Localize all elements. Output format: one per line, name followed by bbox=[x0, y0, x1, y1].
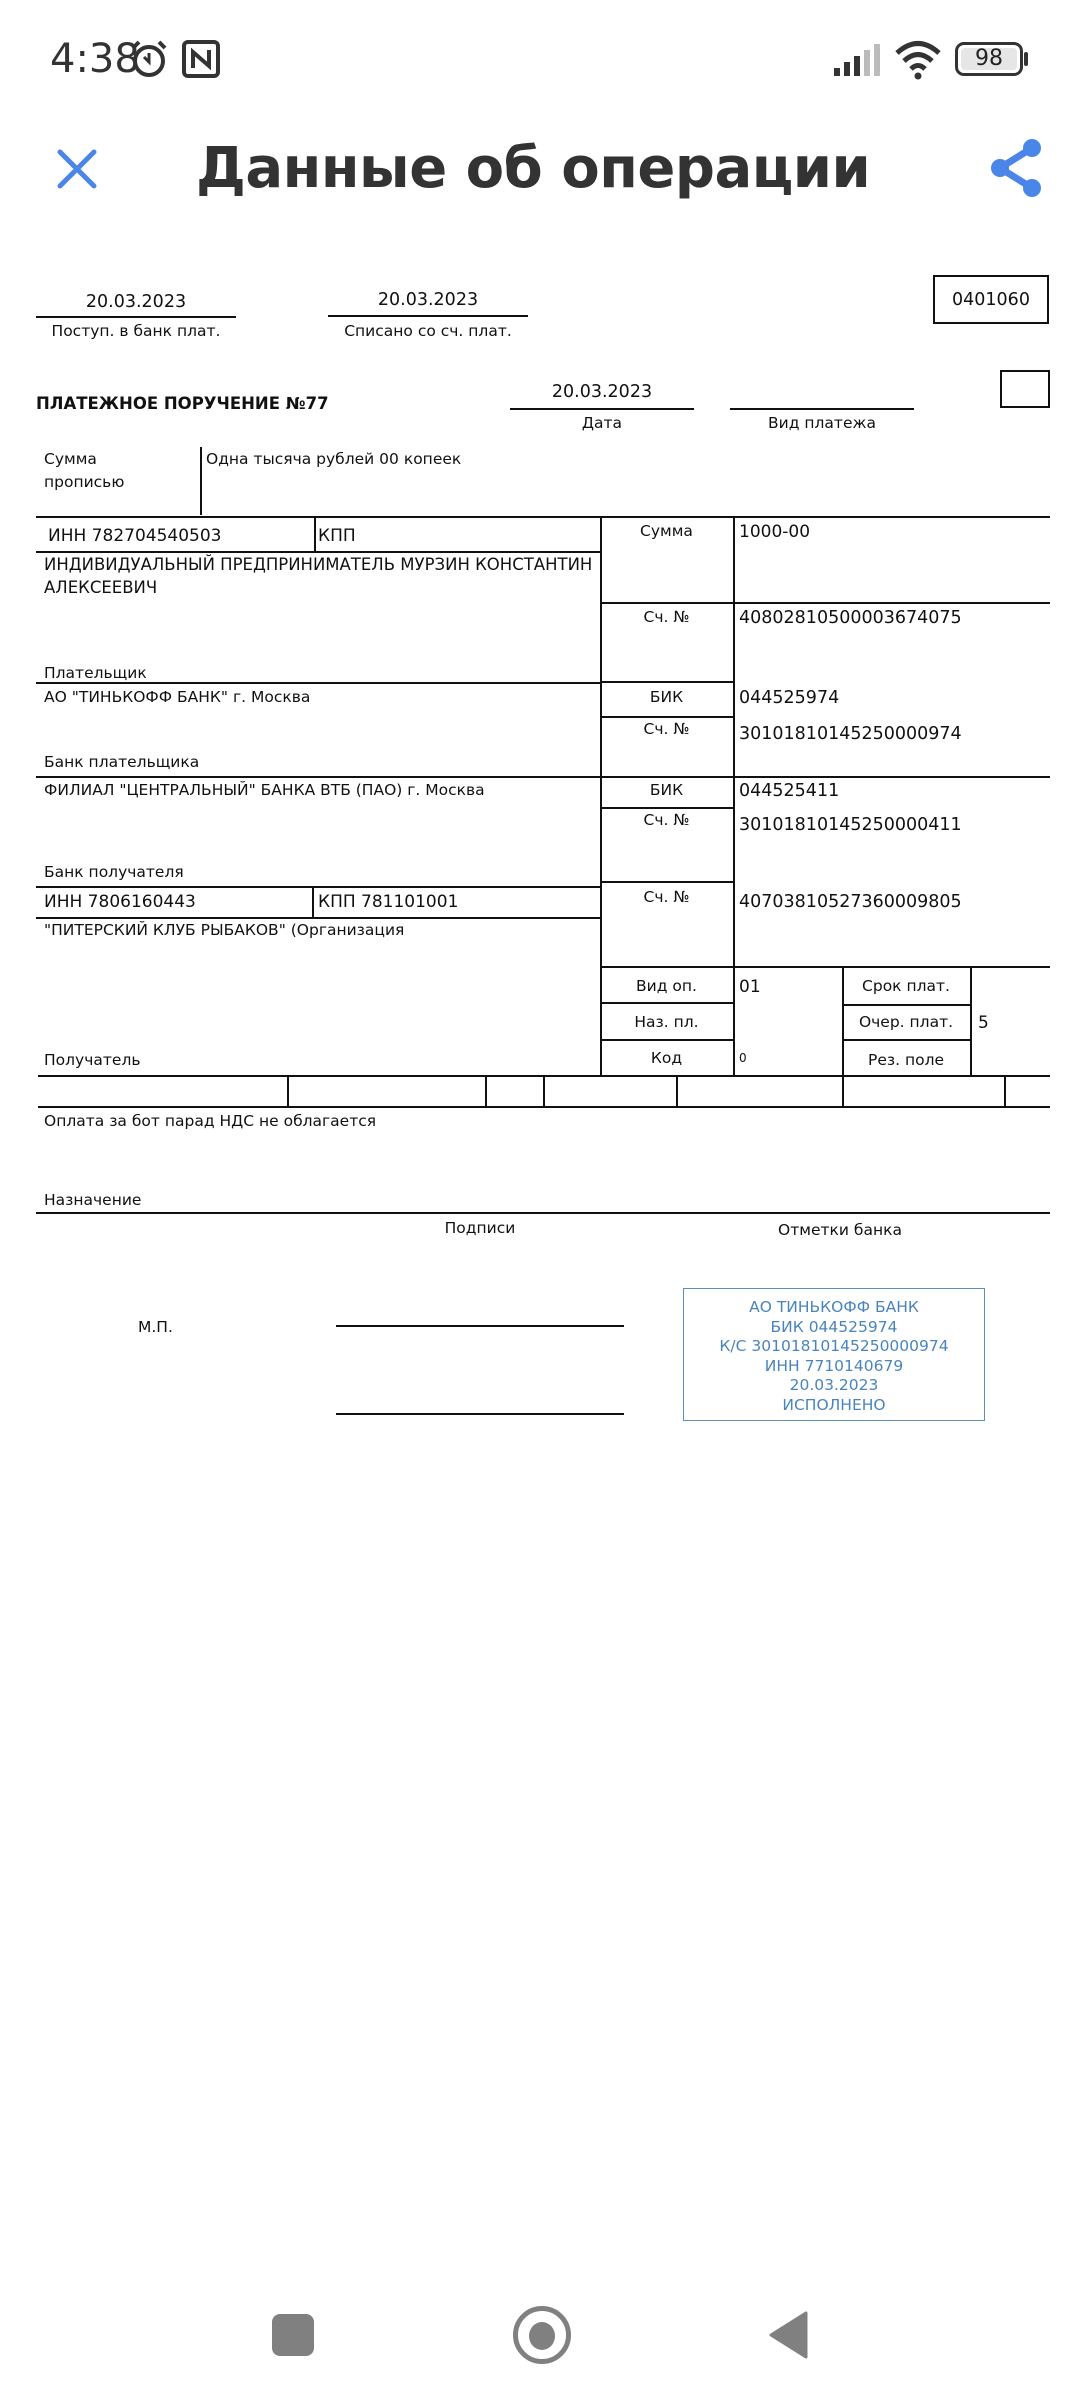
grid-line bbox=[36, 682, 600, 684]
recipient-bik-label: БИК bbox=[600, 781, 733, 799]
battery-icon: 98 bbox=[955, 42, 1023, 76]
grid-line bbox=[600, 881, 733, 883]
close-icon[interactable] bbox=[56, 148, 98, 190]
document-date: 20.03.2023 bbox=[510, 382, 694, 402]
recipient-bank-name: ФИЛИАЛ "ЦЕНТРАЛЬНЫЙ" БАНКА ВТБ (ПАО) г. … bbox=[44, 781, 485, 799]
grid-line bbox=[676, 1075, 678, 1107]
recipient-bank-label: Банк получателя bbox=[44, 863, 184, 881]
stamp-line: ИНН 7710140679 bbox=[684, 1357, 984, 1377]
back-button[interactable] bbox=[768, 2310, 810, 2360]
grid-line bbox=[287, 1075, 289, 1107]
debited-label: Списано со сч. плат. bbox=[328, 322, 528, 340]
priority-value: 5 bbox=[978, 1013, 989, 1033]
amount-words-label: Сумма bbox=[44, 450, 97, 468]
grid-line bbox=[600, 966, 1050, 968]
bank-marks-label: Отметки банка bbox=[740, 1221, 940, 1239]
share-icon[interactable] bbox=[988, 138, 1044, 198]
recipient-account-label: Сч. № bbox=[600, 888, 733, 906]
payer-kpp: КПП bbox=[318, 526, 356, 546]
stamp-line: АО ТИНЬКОФФ БАНК bbox=[684, 1298, 984, 1318]
grid-line bbox=[314, 516, 316, 552]
code-value: 0 bbox=[739, 1051, 747, 1065]
battery-tip bbox=[1024, 52, 1028, 66]
recipient-label: Получатель bbox=[44, 1051, 140, 1069]
payer-bik: 044525974 bbox=[739, 688, 839, 708]
purpose-text: Оплата за бот парад НДС не облагается bbox=[44, 1112, 376, 1130]
grid-line bbox=[600, 716, 733, 718]
divider bbox=[36, 316, 236, 318]
document-title: ПЛАТЕЖНОЕ ПОРУЧЕНИЕ №77 bbox=[36, 394, 329, 413]
grid-line bbox=[842, 1004, 970, 1006]
amount-words-label-2: прописью bbox=[44, 473, 124, 491]
op-type: 01 bbox=[739, 977, 761, 997]
received-label: Поступ. в банк плат. bbox=[36, 322, 236, 340]
stamp-line: 20.03.2023 bbox=[684, 1376, 984, 1396]
recipient-kpp: КПП 781101001 bbox=[318, 892, 458, 912]
signatures-label: Подписи bbox=[380, 1219, 580, 1237]
grid-line bbox=[600, 602, 1050, 604]
grid-line bbox=[733, 516, 735, 1076]
payer-label: Плательщик bbox=[44, 664, 147, 682]
signature-line bbox=[336, 1413, 624, 1415]
form-code-box: 0401060 bbox=[933, 275, 1049, 324]
alarm-icon bbox=[128, 38, 170, 80]
grid-line bbox=[842, 1039, 970, 1041]
purpose-code-label: Наз. пл. bbox=[600, 1013, 733, 1031]
signature-line bbox=[336, 1325, 624, 1327]
stamp-line: ИСПОЛНЕНО bbox=[684, 1396, 984, 1416]
divider bbox=[730, 408, 914, 410]
payer-inn: ИНН 782704540503 bbox=[48, 526, 221, 546]
grid-line bbox=[36, 886, 600, 888]
grid-line bbox=[600, 681, 733, 683]
bank-stamp: АО ТИНЬКОФФ БАНК БИК 044525974 К/С 30101… bbox=[683, 1288, 985, 1421]
reserved-label: Рез. поле bbox=[842, 1051, 970, 1069]
code-label: Код bbox=[600, 1049, 733, 1067]
payment-type-label: Вид платежа bbox=[730, 414, 914, 432]
stamp-line: К/С 30101810145250000974 bbox=[684, 1337, 984, 1357]
grid-line bbox=[36, 516, 1050, 518]
status-time: 4:38 bbox=[50, 36, 140, 82]
payer-name-2: АЛЕКСЕЕВИЧ bbox=[44, 578, 157, 597]
date-label: Дата bbox=[510, 414, 694, 432]
payer-account-label: Сч. № bbox=[600, 608, 733, 626]
grid-line bbox=[36, 551, 600, 553]
payer-name: ИНДИВИДУАЛЬНЫЙ ПРЕДПРИНИМАТЕЛЬ МУРЗИН КО… bbox=[44, 555, 592, 574]
purpose-label: Назначение bbox=[44, 1191, 141, 1209]
form-code: 0401060 bbox=[935, 290, 1047, 310]
payer-bik-label: БИК bbox=[600, 688, 733, 706]
recipient-bank-account-label: Сч. № bbox=[600, 811, 733, 829]
grid-line bbox=[600, 807, 733, 809]
payer-bank-account-label: Сч. № bbox=[600, 720, 733, 738]
due-label: Срок плат. bbox=[842, 977, 970, 995]
amount-value: 1000-00 bbox=[739, 522, 810, 542]
recipient-bik: 044525411 bbox=[739, 781, 839, 801]
signal-icon bbox=[834, 44, 884, 76]
payer-bank-name: АО "ТИНЬКОФФ БАНК" г. Москва bbox=[44, 688, 310, 706]
wifi-icon bbox=[894, 40, 942, 80]
op-type-label: Вид оп. bbox=[600, 977, 733, 995]
grid-line bbox=[1004, 1075, 1006, 1107]
priority-label: Очер. плат. bbox=[842, 1013, 970, 1031]
recipient-bank-account: 30101810145250000411 bbox=[739, 815, 962, 835]
debited-date: 20.03.2023 bbox=[328, 290, 528, 310]
divider bbox=[510, 408, 694, 410]
received-date: 20.03.2023 bbox=[36, 292, 236, 312]
payer-bank-label: Банк плательщика bbox=[44, 753, 199, 771]
recents-button[interactable] bbox=[272, 2314, 314, 2356]
grid-line bbox=[600, 1002, 733, 1004]
payer-account: 40802810500003674075 bbox=[739, 608, 962, 628]
grid-line bbox=[312, 886, 314, 918]
recipient-account: 40703810527360009805 bbox=[739, 892, 962, 912]
grid-line bbox=[36, 1212, 1050, 1214]
grid-line bbox=[600, 1039, 733, 1041]
grid-line bbox=[485, 1075, 487, 1107]
page-title: Данные об операции bbox=[196, 136, 870, 201]
divider bbox=[328, 315, 528, 317]
grid-line bbox=[543, 1075, 545, 1107]
recipient-inn: ИНН 7806160443 bbox=[44, 892, 196, 912]
grid-line bbox=[36, 917, 600, 919]
battery-level: 98 bbox=[958, 46, 1020, 71]
amount-words: Одна тысяча рублей 00 копеек bbox=[206, 450, 461, 468]
grid-line bbox=[842, 1075, 844, 1107]
home-dot-icon bbox=[529, 2322, 555, 2350]
payer-bank-account: 30101810145250000974 bbox=[739, 724, 962, 744]
nfc-icon bbox=[182, 40, 220, 78]
stamp-line: БИК 044525974 bbox=[684, 1318, 984, 1338]
stamp-place-label: М.П. bbox=[138, 1318, 173, 1336]
recipient-name: "ПИТЕРСКИЙ КЛУБ РЫБАКОВ" (Организация bbox=[44, 921, 404, 939]
amount-label: Сумма bbox=[600, 522, 733, 540]
payment-type-box bbox=[1000, 370, 1050, 408]
grid-line bbox=[36, 776, 1050, 778]
divider bbox=[200, 447, 202, 515]
grid-line bbox=[970, 966, 972, 1076]
